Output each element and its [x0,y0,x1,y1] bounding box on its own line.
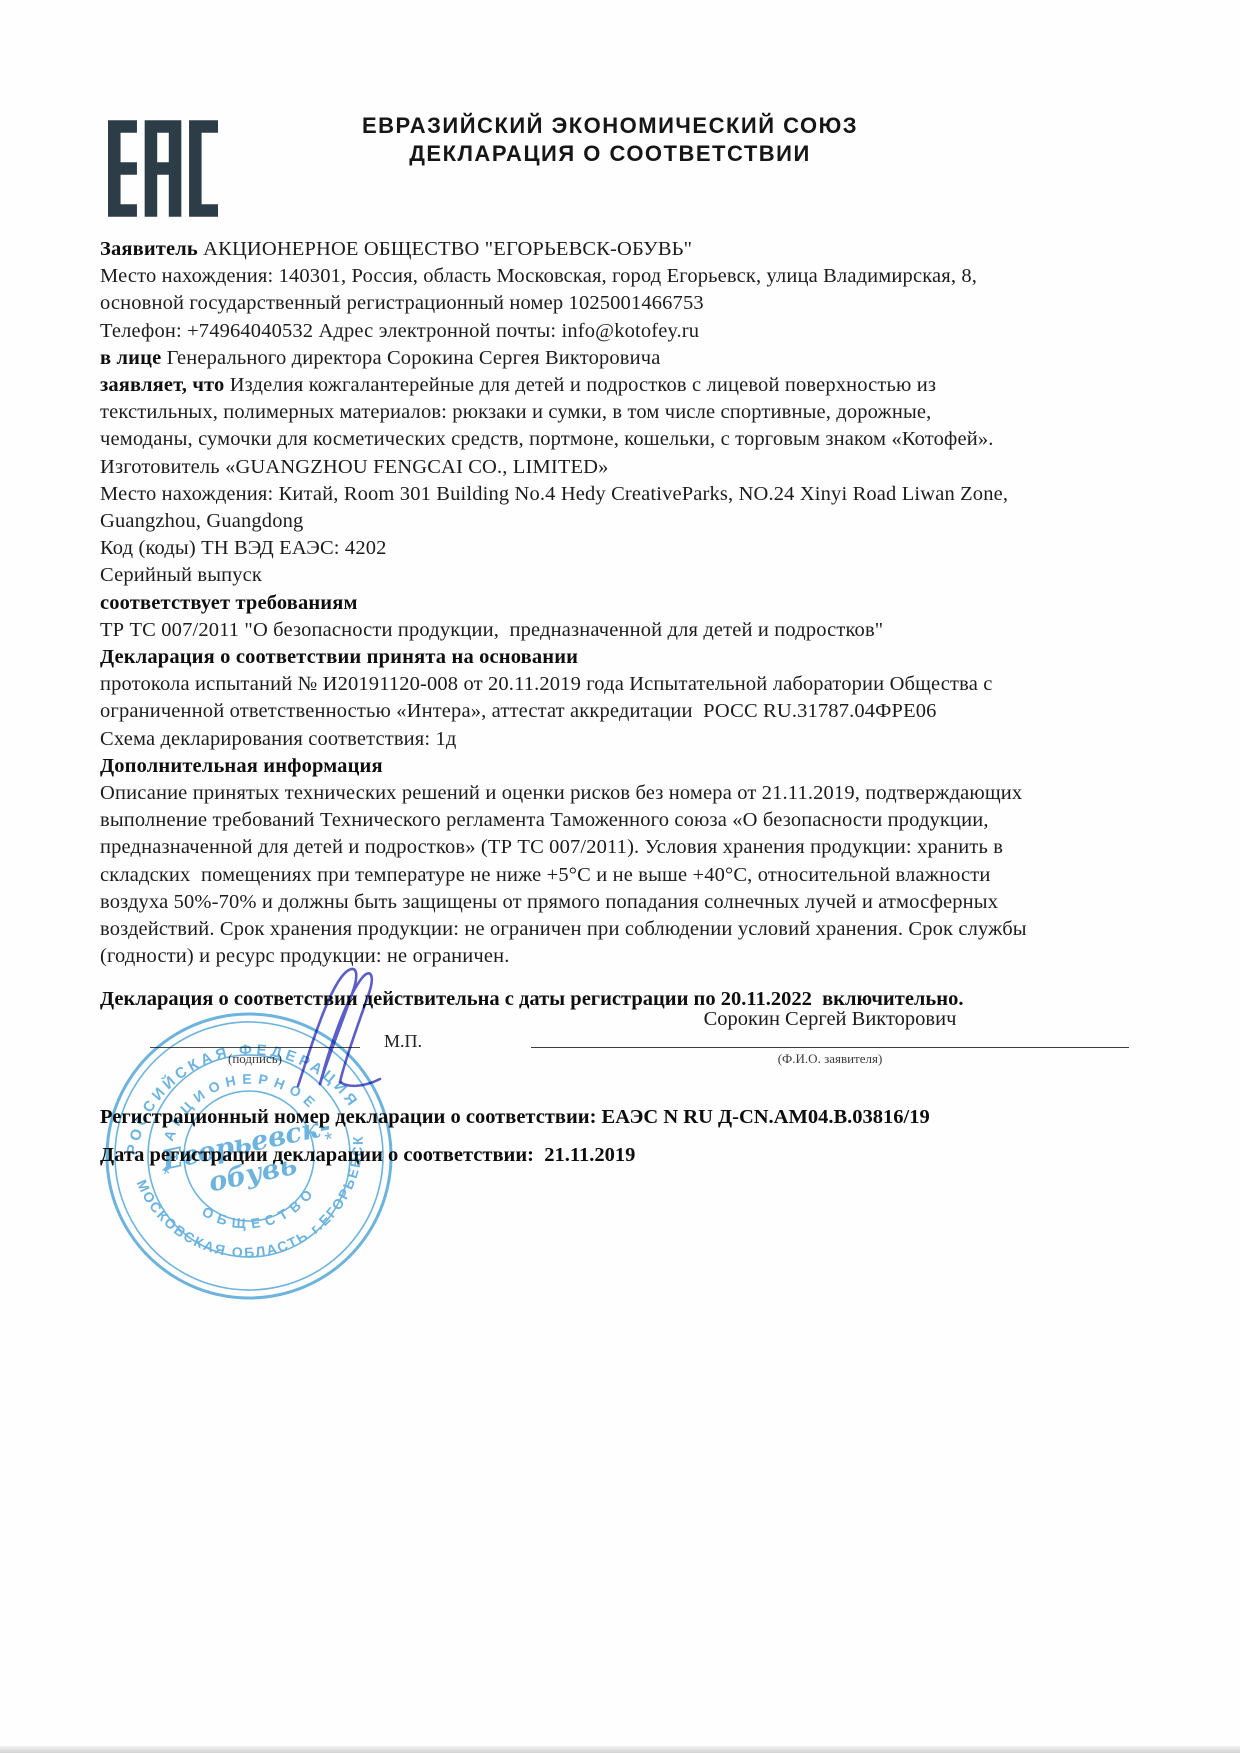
body-line-represented-by: в лице Генерального директора Сорокина С… [100,345,1156,372]
body-heading-basis: Декларация о соответствии принята на осн… [100,644,1156,671]
eac-letter-c [189,120,218,216]
applicant-name-line [531,1047,1129,1048]
document-title: ЕВРАЗИЙСКИЙ ЭКОНОМИЧЕСКИЙ СОЮЗ ДЕКЛАРАЦИ… [330,112,890,168]
title-line-1: ЕВРАЗИЙСКИЙ ЭКОНОМИЧЕСКИЙ СОЮЗ [330,112,890,140]
body-line-address: Место нахождения: 140301, Россия, област… [100,263,1156,345]
applicant-name: Сорокин Сергей Викторович [531,1008,1129,1031]
signature-ink [268,958,433,1096]
body-heading-requirements: соответствует требованиям [100,590,1156,617]
body-line-protocol: протокола испытаний № И20191120-008 от 2… [100,671,1156,753]
body-line-additional-info: Описание принятых технических решений и … [100,780,1156,970]
eac-letter-e [108,120,137,216]
eac-letter-a [145,120,182,216]
scan-edge-shadow [0,1746,1240,1753]
applicant-name-caption: (Ф.И.О. заявителя) [531,1051,1129,1067]
body-line-tr-ts: ТР ТС 007/2011 "О безопасности продукции… [100,617,1156,644]
body-heading-additional-info: Дополнительная информация [100,753,1156,780]
title-line-2: ДЕКЛАРАЦИЯ О СООТВЕТСТВИИ [330,140,890,168]
declaration-body: Заявитель АКЦИОНЕРНОЕ ОБЩЕСТВО "ЕГОРЬЕВС… [100,236,1156,970]
body-line-applicant: Заявитель АКЦИОНЕРНОЕ ОБЩЕСТВО "ЕГОРЬЕВС… [100,236,1156,263]
body-line-declares: заявляет, что Изделия кожгалантерейные д… [100,372,1156,590]
eac-logo [108,120,218,217]
declaration-document: ЕВРАЗИЙСКИЙ ЭКОНОМИЧЕСКИЙ СОЮЗ ДЕКЛАРАЦИ… [0,0,1240,1753]
